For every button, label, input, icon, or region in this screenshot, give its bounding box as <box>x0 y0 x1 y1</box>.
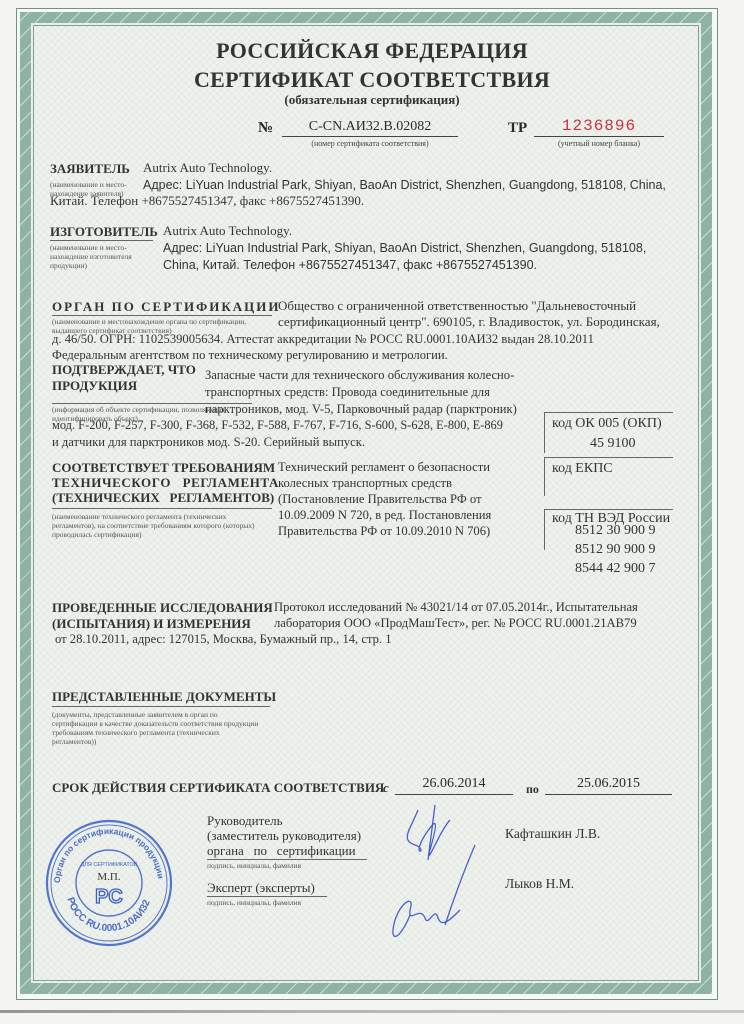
validity-from-label: с <box>383 780 389 796</box>
documents-heading: ПРЕДСТАВЛЕННЫЕ ДОКУМЕНТЫ <box>52 689 276 705</box>
manufacturer-rule <box>50 240 153 241</box>
manufacturer-caption: (наименование и место-нахождение изготов… <box>50 243 150 270</box>
manufacturer-phone: China, Китай. Телефон +8675527451347, фа… <box>163 257 537 273</box>
validity-to-label: по <box>526 782 539 797</box>
applicant-phone: Китай. Телефон +8675527451347, факс +867… <box>50 193 364 209</box>
manufacturer-address: Адрес: LiYuan Industrial Park, Shiyan, B… <box>163 240 646 256</box>
expert-name: Лыков Н.М. <box>505 876 574 892</box>
validity-from-date: 26.06.2014 <box>395 776 513 795</box>
tests-heading-2: (ИСПЫТАНИЯ) И ИЗМЕРЕНИЯ <box>52 616 251 632</box>
applicant-name: Autrix Auto Technology. <box>143 160 272 176</box>
documents-caption: (документы, представленные заявителем в … <box>52 710 262 746</box>
regulations-rule <box>52 508 272 509</box>
documents-rule <box>52 706 270 707</box>
head-label-3: органа по сертификации <box>207 843 356 858</box>
expert-caption: подпись, инициалы, фамилия <box>207 898 301 907</box>
certification-body-line-3: д. 46/50. ОГРН: 1102539005634. Аттестат … <box>52 331 594 347</box>
product-heading-2: ПРОДУКЦИЯ <box>52 378 137 394</box>
regulations-line-3: (Постановление Правительства РФ от <box>278 491 482 507</box>
handwritten-signature-icon <box>380 800 500 950</box>
tests-line-3: от 28.10.2011, адрес: 127015, Москва, Бу… <box>55 631 392 647</box>
regulations-heading-1: СООТВЕТСТВУЕТ ТРЕБОВАНИЯМ <box>52 460 275 476</box>
svg-text:ДЛЯ СЕРТИФИКАТОВ: ДЛЯ СЕРТИФИКАТОВ <box>81 862 138 868</box>
svg-text:PC: PC <box>95 886 123 908</box>
regulations-line-2: колесных транспортных средств <box>278 475 452 491</box>
tests-line-2: лаборатория ООО «ПродМашТест», рег. № РО… <box>274 615 637 631</box>
regulations-line-4: 10.09.2009 N 720, в ред. Постановления <box>278 507 491 523</box>
tests-heading-1: ПРОВЕДЕННЫЕ ИССЛЕДОВАНИЯ <box>52 600 273 616</box>
tnved-code-3: 8544 42 900 7 <box>575 559 656 578</box>
head-label-2: (заместитель руководителя) <box>207 828 361 843</box>
certification-body-rule <box>52 315 272 316</box>
expert-signature-rule <box>207 896 327 897</box>
official-stamp-icon: Орган по сертификации продукции СЦ ООО «… <box>44 818 174 948</box>
blank-number: 1236896 <box>534 116 664 137</box>
blank-number-caption: (учетный номер бланка) <box>534 139 664 148</box>
applicant-heading: ЗАЯВИТЕЛЬ <box>50 161 130 177</box>
head-signature-rule <box>207 859 367 860</box>
manufacturer-heading: ИЗГОТОВИТЕЛЬ <box>50 224 158 240</box>
product-line-4: мод. F-200, F-257, F-300, F-368, F-532, … <box>52 417 503 433</box>
regulations-caption: (наименование технического регламента (т… <box>52 512 262 539</box>
product-line-1: Запасные части для технического обслужив… <box>205 367 514 383</box>
head-name: Кафташкин Л.В. <box>505 826 600 842</box>
manufacturer-name: Autrix Auto Technology. <box>163 223 292 239</box>
okp-code-value: 45 9100 <box>590 434 636 453</box>
regulations-line-1: Технический регламент о безопасности <box>278 459 490 475</box>
validity-heading: СРОК ДЕЙСТВИЯ СЕРТИФИКАТА СООТВЕТСТВИЯ <box>52 780 384 796</box>
tnved-code-1: 8512 30 900 9 <box>575 521 656 540</box>
certification-body-heading: ОРГАН ПО СЕРТИФИКАЦИИ <box>52 299 281 315</box>
certificate-number: C-CN.АИ32.В.02082 <box>282 118 458 137</box>
certificate-number-caption: (номер сертификата соответствия) <box>282 139 458 148</box>
expert-label: Эксперт (эксперты) <box>207 880 315 896</box>
number-sign: № <box>258 120 273 137</box>
product-heading-1: ПОДТВЕРЖДАЕТ, ЧТО <box>52 362 196 378</box>
tr-label: ТР <box>508 120 527 137</box>
head-label-1: Руководитель <box>207 813 283 828</box>
okp-code-label: код ОК 005 (ОКП) <box>552 416 662 432</box>
tnved-code-2: 8512 90 900 9 <box>575 540 656 559</box>
product-line-3: парктроников, мод. V-5, Парковочный рада… <box>205 401 517 417</box>
certification-body-line-4: Федеральным агентством по техническому р… <box>52 347 448 363</box>
certificate-subtitle: (обязательная сертификация) <box>0 92 744 108</box>
regulations-heading-2: ТЕХНИЧЕСКОГО РЕГЛАМЕНТА <box>52 475 279 491</box>
certificate-content: РОССИЙСКАЯ ФЕДЕРАЦИЯ СЕРТИФИКАТ СООТВЕТС… <box>0 0 744 1024</box>
product-line-2: транспортных средств: Провода соединител… <box>205 384 490 400</box>
certificate-title: СЕРТИФИКАТ СООТВЕТСТВИЯ <box>0 67 744 93</box>
svg-text:М.П.: М.П. <box>97 871 120 883</box>
certification-body-line-2: сертификационный центр". 690105, г. Влад… <box>278 314 660 330</box>
ekps-code-label: код ЕКПС <box>552 461 613 477</box>
regulations-heading-3: (ТЕХНИЧЕСКИХ РЕГЛАМЕНТОВ) <box>52 490 274 506</box>
applicant-address: Адрес: LiYuan Industrial Park, Shiyan, B… <box>143 177 666 193</box>
regulations-line-5: Правительства РФ от 10.09.2010 N 706) <box>278 523 490 539</box>
product-line-5: и датчики для парктроников мод. S-20. Се… <box>52 434 365 450</box>
country-title: РОССИЙСКАЯ ФЕДЕРАЦИЯ <box>0 38 744 64</box>
certification-body-line-1: Общество с ограниченной ответственностью… <box>278 298 636 314</box>
head-caption: подпись, инициалы, фамилия <box>207 861 301 870</box>
validity-to-date: 25.06.2015 <box>545 776 672 795</box>
tests-line-1: Протокол исследований № 43021/14 от 07.0… <box>274 599 638 615</box>
